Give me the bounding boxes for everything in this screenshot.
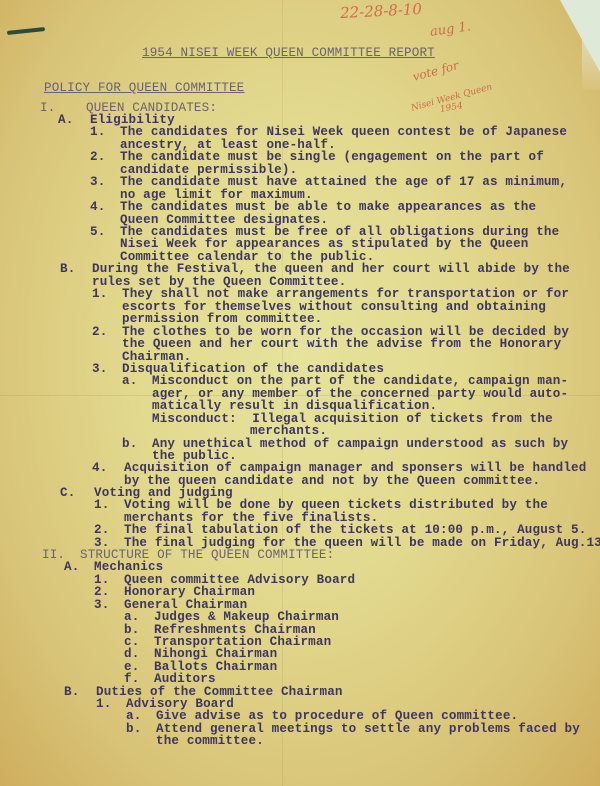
list-marker: 5. [90,226,105,239]
list-marker: A. [64,561,79,574]
document-line: The candidate must have attained the age… [120,176,567,189]
list-marker: a. [124,611,139,624]
document-line: merchants. [250,425,327,438]
list-marker: 1. [94,499,109,512]
list-marker: B. [64,686,79,699]
document-line: During the Festival, the queen and her c… [92,263,570,276]
list-marker: b. [122,438,137,451]
torn-corner [560,0,600,72]
list-marker: 2. [94,586,109,599]
list-marker: 1. [90,126,105,139]
document-line: The final tabulation of the tickets at 1… [124,524,586,537]
document-line: Honorary Chairman [124,586,255,599]
list-marker: 1. [96,698,111,711]
list-marker: II. [42,549,65,562]
list-marker: 4. [92,462,107,475]
document-line: The candidate must be single (engagement… [120,151,544,164]
document-line: The candidates for Nisei Week queen cont… [120,126,567,139]
document-line: Nisei Week for appearances as stipulated… [120,238,529,251]
document-line: Misconduct on the part of the candidate,… [152,375,568,388]
section-heading: POLICY FOR QUEEN COMMITTEE [44,82,244,95]
document-line: permission from committee. [122,313,322,326]
document-title: 1954 NISEI WEEK QUEEN COMMITTEE REPORT [142,47,435,60]
list-marker: 2. [92,326,107,339]
document-line: the committee. [156,735,264,748]
list-marker: 3. [94,599,109,612]
list-marker: I. [40,102,55,115]
document-line: Voting will be done by queen tickets dis… [124,499,548,512]
document-line: Give advise as to procedure of Queen com… [156,710,518,723]
list-marker: B. [60,263,75,276]
list-marker: 3. [90,176,105,189]
document-line: the Queen and her court with the advise … [122,338,561,351]
document-line: matically result in disqualification. [152,400,437,413]
document-line: The candidates must be able to make appe… [120,201,536,214]
list-marker: a. [122,375,137,388]
list-marker: C. [60,487,75,500]
document-line: Misconduct: Illegal acquisition of ticke… [152,413,553,426]
list-marker: 3. [92,363,107,376]
list-marker: 2. [90,151,105,164]
list-marker: 4. [90,201,105,214]
document-line: Acquisition of campaign manager and spon… [124,462,586,475]
document-line: Mechanics [94,561,163,574]
document-line: Nihongi Chairman [154,648,277,661]
list-marker: A. [58,114,73,127]
list-marker: d. [124,648,139,661]
document-line: Judges & Makeup Chairman [154,611,339,624]
document-line: They shall not make arrangements for tra… [122,288,569,301]
list-marker: 2. [94,524,109,537]
list-marker: b. [126,723,141,736]
document-line: Auditors [154,673,216,686]
list-marker: f. [124,673,139,686]
list-marker: 1. [92,288,107,301]
list-marker: a. [126,710,141,723]
